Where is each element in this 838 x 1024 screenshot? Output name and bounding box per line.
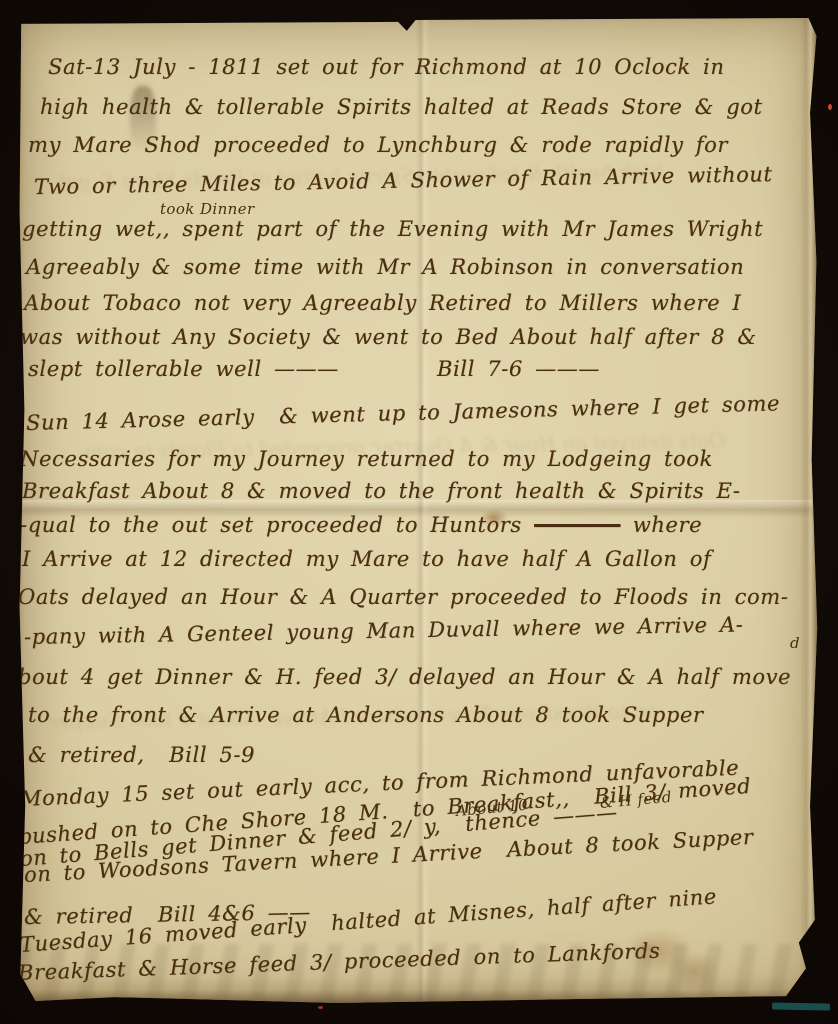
edge-speck [318,1006,323,1009]
manuscript-line: pushed on to Che Shore 18 M. to Breakfas… [17,775,752,849]
insertion-moved-d: d [790,634,800,652]
horizontal-fold-crease [18,500,818,518]
scan-artifact-sliver [772,1002,830,1010]
manuscript-line: on to Bells get Dinner & feed 2/ y, then… [19,801,618,871]
manuscript-line: Necessaries for my Journey returned to m… [20,448,713,471]
manuscript-page: high health & tollerable Spirits halted … [18,14,818,1004]
manuscript-line: getting wet,, spent part of the Evening … [22,218,763,241]
bleedthrough-text: on to Woodsons Tavern where I Arrive Abo… [48,699,659,734]
line-text: where [620,513,702,537]
manuscript-line: Agreeably & some time with Mr A Robinson… [26,256,744,279]
line-text: -qual to the out set proceeded to Huntor… [20,513,534,537]
bleedthrough-mottling [18,944,818,1000]
manuscript-line: & retired, Bill 5-9 [28,744,255,767]
scan-background: high health & tollerable Spirits halted … [0,0,838,1024]
manuscript-line: Sat-13 July - 1811 set out for Richmond … [48,56,724,79]
page-right-edge-shadow [800,14,818,1004]
page-bottom-edge-shadow [18,978,818,1004]
manuscript-line: Monday 15 set out early acc, to from Ric… [19,757,739,811]
insertion-took-dinner: took Dinner [160,200,255,218]
manuscript-line: slept tollerable well ——— Bill 7-6 ——— [28,358,600,381]
manuscript-line: -pany with A Genteel young Man Duvall wh… [24,613,744,649]
manuscript-line: & retired Bill 4&6 —— [24,901,311,929]
insertion-h-feed: & H feed [599,788,672,812]
manuscript-line: -qual to the out set proceeded to Huntor… [20,514,702,537]
manuscript-line: was without Any Society & went to Bed Ab… [20,326,757,349]
manuscript-line: About Tobaco not very Agreeably Retired … [24,292,741,315]
edge-speck [828,104,832,110]
struck-out-word: ———— [534,513,620,537]
manuscript-line: Two or three Miles to Avoid A Shower of … [34,163,773,199]
manuscript-line: bout 4 get Dinner & H. feed 3/ delayed a… [18,666,791,689]
manuscript-line: Oats delayed an Hour & A Quarter proceed… [18,586,788,609]
manuscript-line: my Mare Shod proceeded to Lynchburg & ro… [28,134,728,157]
bleedthrough-text: high health & tollerable Spirits halted … [58,159,665,194]
manuscript-line: Breakfast & Horse feed 3/ proceeded on t… [18,940,661,986]
manuscript-line: to the front & Arrive at Andersons About… [28,704,704,727]
manuscript-line: Breakfast About 8 & moved to the front h… [22,480,741,503]
ink-smudge [130,86,156,152]
manuscript-line: Sun 14 Arose early & went up to Jamesons… [26,392,781,435]
manuscript-line: Tuesday 16 moved early halted at Misnes,… [19,885,717,957]
manuscript-line: on to Woodsons Tavern where I Arrive Abo… [23,826,754,887]
insertion-about-10: About 10 [455,796,529,820]
paper-stain [610,919,730,999]
ink-stain [480,509,508,527]
manuscript-line: I Arrive at 12 directed my Mare to have … [22,548,711,571]
vertical-fold-crease [416,14,430,1004]
manuscript-line: high health & tollerable Spirits halted … [40,96,763,119]
bleedthrough-text: Oats delayed an Hour & A Quarter proceed… [78,428,725,463]
